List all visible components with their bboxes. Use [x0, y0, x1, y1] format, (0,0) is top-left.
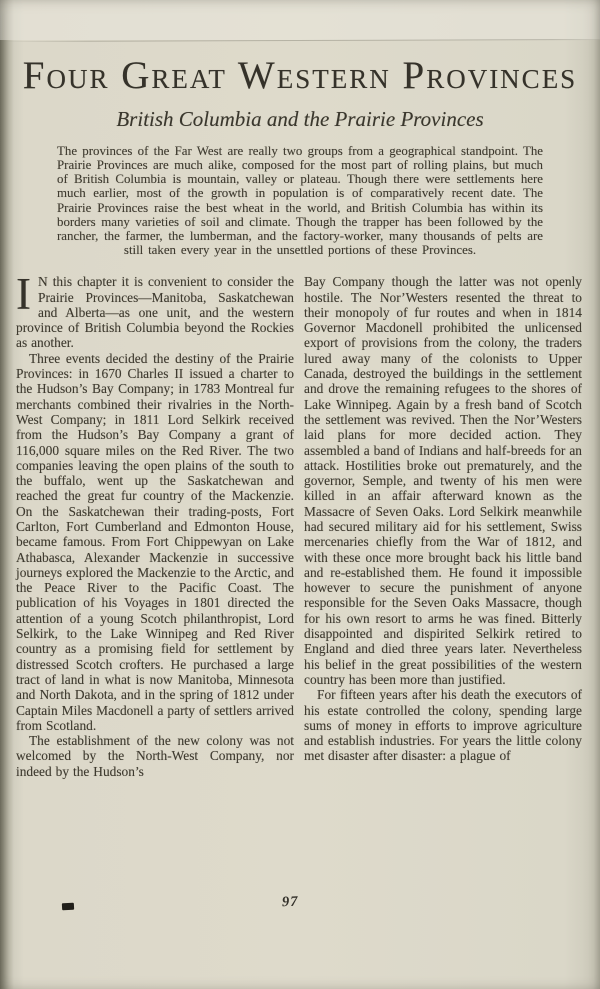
left-column: IN this chapter it is convenient to cons…	[16, 274, 294, 779]
page-footer: 97	[0, 893, 600, 911]
paragraph-opening: IN this chapter it is convenient to cons…	[16, 274, 294, 350]
chapter-title: Four Great Western Provinces	[0, 54, 600, 98]
page-number: 97	[281, 894, 298, 912]
paragraph: For fifteen years after his death the ex…	[304, 687, 582, 763]
page-content: Four Great Western Provinces British Col…	[0, 0, 600, 779]
paragraph: Bay Company though the latter was not op…	[304, 274, 582, 687]
paragraph-text: N this chapter it is convenient to consi…	[16, 274, 294, 350]
right-column: Bay Company though the latter was not op…	[304, 274, 582, 779]
book-page: Four Great Western Provinces British Col…	[0, 0, 600, 989]
intro-summary: The provinces of the Far West are really…	[57, 144, 543, 257]
paragraph: The establishment of the new colony was …	[16, 733, 294, 779]
drop-cap: I	[16, 274, 38, 313]
two-column-text: IN this chapter it is convenient to cons…	[0, 274, 600, 779]
chapter-subtitle: British Columbia and the Prairie Provinc…	[0, 107, 600, 131]
paragraph: Three events decided the destiny of the …	[16, 351, 294, 733]
